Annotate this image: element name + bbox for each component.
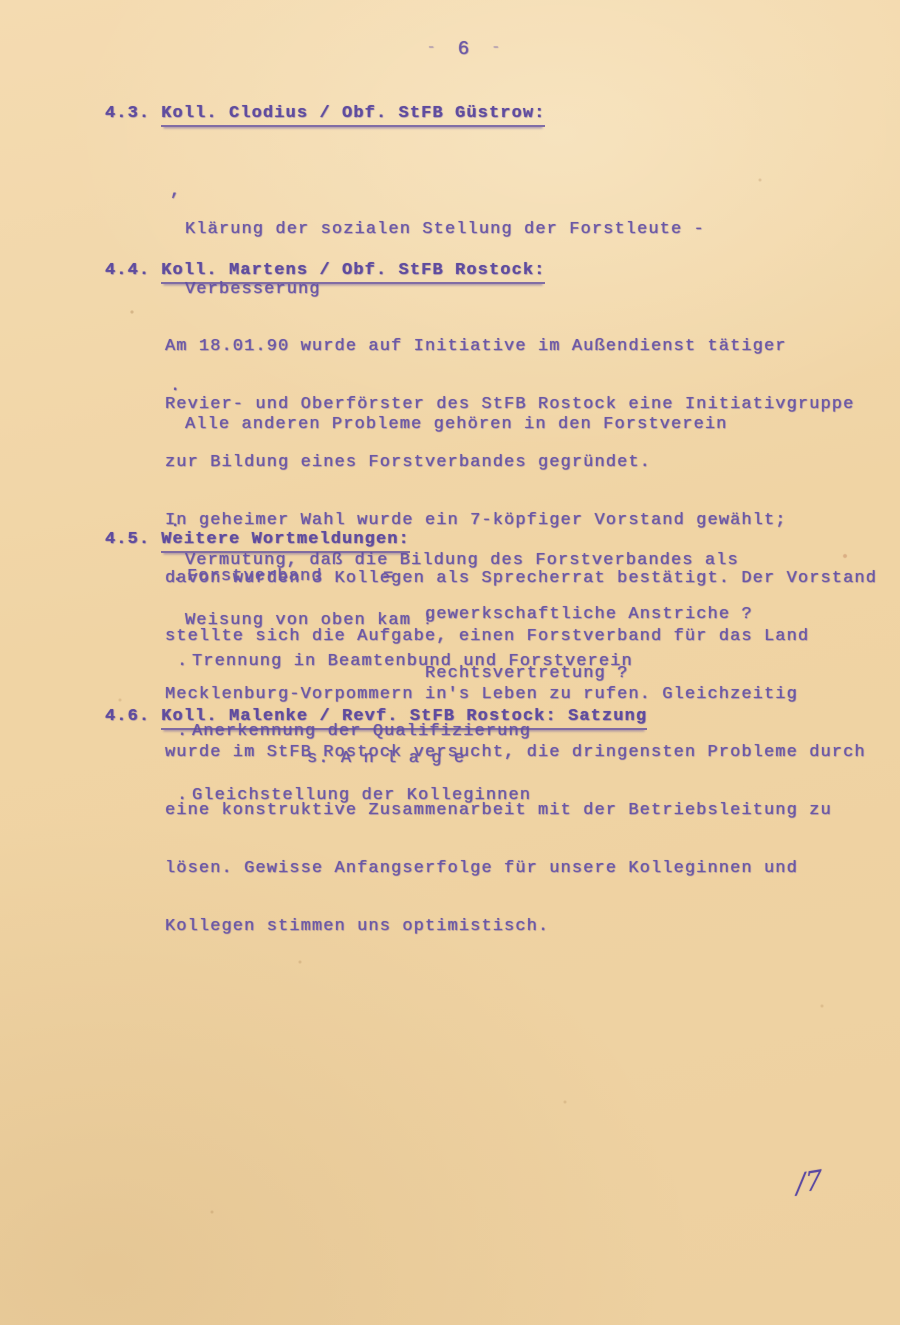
section-4-5-heading: 4.5. Weitere Wortmeldungen:: [105, 530, 410, 553]
definition-term: Forstverband: [187, 566, 383, 587]
section-4-4-heading: 4.4. Koll. Martens / Obf. StFB Rostock:: [105, 261, 545, 284]
section-4-5-items: . Trennung in Beamtenbund und Forstverei…: [177, 614, 633, 856]
list-item: . Trennung in Beamtenbund und Forstverei…: [177, 652, 633, 672]
bullet-marker: .: [172, 566, 187, 587]
paragraph-line: zur Bildung eines Forstverbandes gegründ…: [165, 453, 877, 473]
annex-note: s. A n l a g e: [307, 749, 465, 768]
paragraph-line: Revier- und Oberförster des StFB Rostock…: [165, 395, 877, 415]
section-4-3-heading: 4.3. Koll. Clodius / Obf. StFB Güstrow:: [105, 104, 545, 127]
page-number-dash-right: -: [491, 39, 501, 56]
section-4-6-number: 4.6.: [105, 707, 150, 730]
section-4-5-number: 4.5.: [105, 530, 150, 553]
text-line: Gleichstellung der Kolleginnen: [192, 786, 531, 806]
paragraph-line: Am 18.01.90 wurde auf Initiative im Auße…: [165, 337, 877, 357]
paragraph-line: Kollegen stimmen uns optimistisch.: [165, 917, 877, 937]
section-4-5-title: Weitere Wortmeldungen:: [161, 530, 410, 553]
page-header: - 6 -: [14, 38, 900, 60]
handwritten-page-mark: /7: [795, 1165, 823, 1200]
section-4-4-number: 4.4.: [105, 261, 150, 284]
page-number: 6: [458, 38, 471, 60]
text-line: Trennung in Beamtenbund und Forstverein: [192, 652, 633, 672]
section-4-6-title: Koll. Malenke / Revf. StFB Rostock: Satz…: [161, 707, 647, 730]
equals-sign: =: [383, 566, 425, 587]
bullet-marker: ,: [170, 181, 185, 203]
section-4-3-title: Koll. Clodius / Obf. StFB Güstrow:: [161, 104, 545, 127]
paragraph-line: lösen. Gewisse Anfangserfolge für unsere…: [165, 859, 877, 879]
text-line: Klärung der sozialen Stellung der Forstl…: [185, 219, 705, 241]
list-item: . Gleichstellung der Kolleginnen: [177, 786, 633, 806]
page-number-dash-left: -: [427, 39, 437, 56]
document-page: - 6 - 4.3. Koll. Clodius / Obf. StFB Güs…: [0, 0, 900, 1325]
bullet-marker: .: [177, 652, 192, 672]
paragraph-line: In geheimer Wahl wurde ein 7-köpfiger Vo…: [165, 511, 877, 531]
section-4-4-title: Koll. Martens / Obf. StFB Rostock:: [161, 261, 545, 284]
section-4-3-number: 4.3.: [105, 104, 150, 127]
bullet-marker: .: [177, 786, 192, 806]
section-4-6-heading: 4.6. Koll. Malenke / Revf. StFB Rostock:…: [105, 707, 647, 730]
ink-layer: - 6 - 4.3. Koll. Clodius / Obf. StFB Güs…: [0, 0, 900, 1325]
